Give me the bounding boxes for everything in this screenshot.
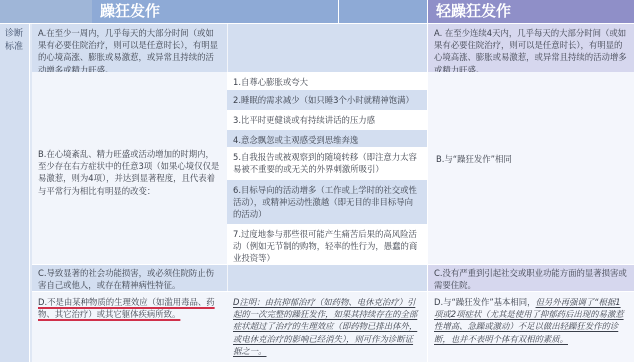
symptom-item: 2.睡眠的需求减少（如只睡3个小时就精神饱满）	[227, 90, 427, 110]
criterion-d-manic: D.不是由某种物质的生理效应（如滥用毒品、药物、其它治疗）或其它躯体疾病所致。	[38, 297, 215, 319]
criterion-b-manic: B.在心境紊乱、精力旺盛或活动增加的时期内，至少存在右方症状中的任意3项（如果心…	[38, 148, 222, 197]
row-divider	[0, 23, 634, 24]
header-hypomanic-episode: 轻躁狂发作	[428, 0, 634, 23]
criterion-b-manic-cell: B.在心境紊乱、精力旺盛或活动增加的时期内，至少存在右方症状中的任意3项（如果心…	[32, 72, 227, 264]
criterion-d-manic-cell: D.不是由某种物质的生理效应（如滥用毒品、药物、其它治疗）或其它躯体疾病所致。	[32, 292, 227, 362]
criterion-c-hypomanic: C.没有严重到引起社交或职业功能方面的显著损害或需要住院。	[428, 265, 634, 291]
symptom-item: 4.意念飘忽或主观感受到思维奔逸	[227, 130, 427, 147]
row-divider	[32, 264, 634, 265]
criterion-d-note-cell: D注明：由抗抑郁治疗（如药物、电休克治疗）引起的一次完整的躁狂发作，如果其持续存…	[227, 292, 427, 362]
row-label-column: 诊断标准	[0, 24, 30, 362]
row-label-diagnostic-criteria: 诊断标准	[5, 28, 25, 54]
criterion-a-empty	[227, 24, 427, 72]
criterion-c-manic: C.导致显著的社会功能损害，或必须住院防止伤害自己或他人，或存在精神病性特征。	[32, 265, 227, 291]
header-label-cell	[0, 0, 92, 23]
criterion-d-hypomanic-prefix: D.与“躁狂发作”基本相同，	[434, 297, 536, 307]
criterion-a-manic: A.在至少一周内，几乎每天的大部分时间（或如果有必要住院治疗，则可以是任意时长）…	[32, 24, 227, 72]
criterion-d-note: D注明：由抗抑郁治疗（如药物、电休克治疗）引起的一次完整的躁狂发作，如果其持续存…	[233, 297, 417, 356]
symptom-item: 3.比平时更健谈或有持续讲话的压力感	[227, 110, 427, 130]
criterion-a-hypomanic: A. 在至少连续4天内，几乎每天的大部分时间（或如果有必要住院治疗，则可以是任意…	[428, 24, 634, 72]
criterion-d-hypomanic-cell: D.与“躁狂发作”基本相同，但另外再强调了“根据1项或2项症状（尤其是使用了抑郁…	[428, 292, 634, 362]
symptom-item: 7.过度地参与那些很可能产生痛苦后果的高风险活动（例如无节制的购物，轻率的性行为…	[227, 224, 427, 264]
symptom-item: 5.自我报告或被观察到的随境转移（即注意力太容易被不重要的或无关的外界刺激所吸引…	[227, 147, 427, 180]
column-divider	[427, 23, 428, 362]
criterion-b-hypomanic-cell: B.与“躁狂发作”相同	[428, 72, 634, 264]
criterion-b-hypomanic: B.与“躁狂发作”相同	[436, 153, 512, 165]
criterion-c-empty	[227, 265, 427, 291]
symptom-item: 6.目标导向的活动增多（工作或上学时的社交或性活动），或精神运动性激越（即无目的…	[227, 180, 427, 224]
symptom-item: 1.自尊心膨胀或夸大	[227, 72, 427, 90]
header-spacer	[338, 0, 427, 23]
row-divider	[32, 291, 634, 292]
